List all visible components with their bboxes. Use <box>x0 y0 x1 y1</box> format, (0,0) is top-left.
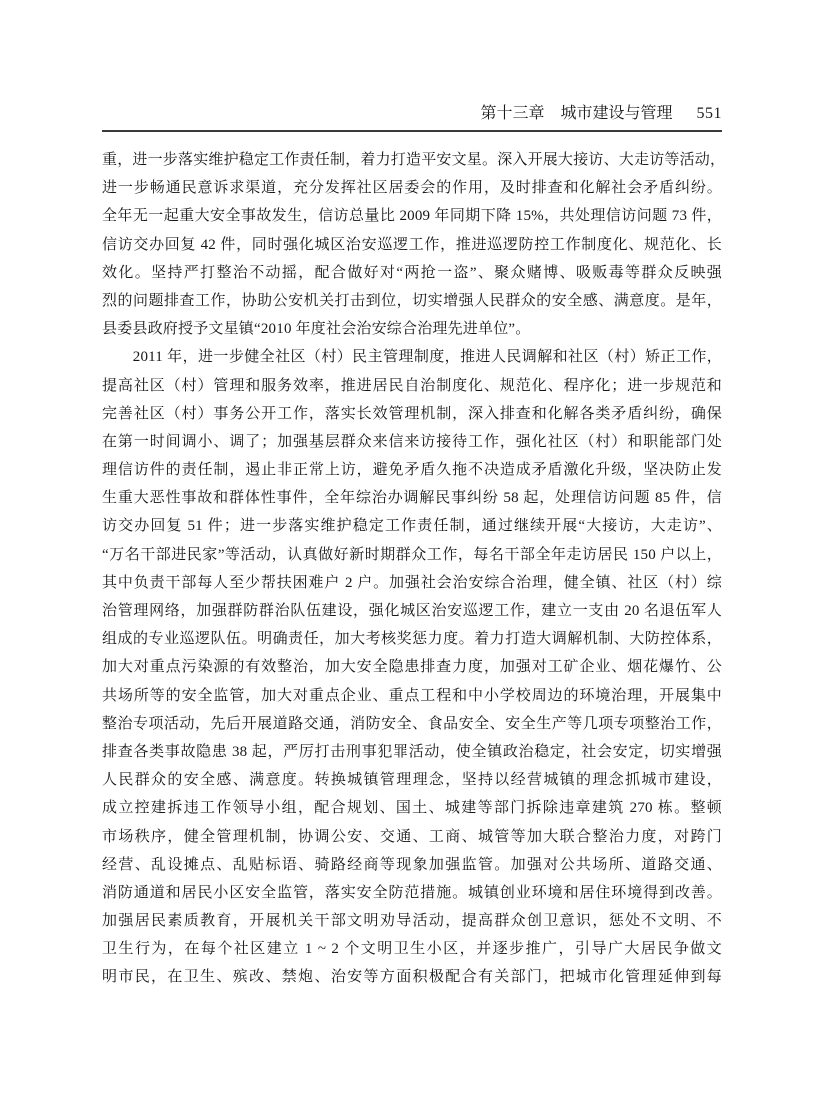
paragraph: 2011 年，进一步健全社区（村）民主管理制度，推进人民调解和社区（村）矫正工作… <box>102 343 722 991</box>
text-line: 卫生行为，在每个社区建立 1 ~ 2 个文明卫生小区，并逐步推广，引导广大居民争… <box>102 935 722 963</box>
text-line: 全年无一起重大安全事故发生，信访总量比 2009 年同期下降 15%，共处理信访… <box>102 202 722 230</box>
page-body: 重，进一步落实维护稳定工作责任制，着力打造平安文星。深入开展大接访、大走访等活动… <box>102 146 722 992</box>
text-line: 成立控建拆违工作领导小组，配合规划、国土、城建等部门拆除违章建筑 270 栋。整… <box>102 794 722 822</box>
text-line: 排查各类事故隐患 38 起，严厉打击刑事犯罪活动，使全镇政治稳定，社会安定，切实… <box>102 738 722 766</box>
book-page: 第十三章城市建设与管理551 重，进一步落实维护稳定工作责任制，着力打造平安文星… <box>0 0 816 1099</box>
text-line: 2011 年，进一步健全社区（村）民主管理制度，推进人民调解和社区（村）矫正工作… <box>102 343 722 371</box>
paragraph: 重，进一步落实维护稳定工作责任制，着力打造平安文星。深入开展大接访、大走访等活动… <box>102 146 722 343</box>
text-line: 整治专项活动，先后开展道路交通，消防安全、食品安全、安全生产等几项专项整治工作， <box>102 710 722 738</box>
text-line: 完善社区（村）事务公开工作，落实长效管理机制，深入排查和化解各类矛盾纠纷，确保 <box>102 400 722 428</box>
text-line: 消防通道和居民小区安全监管，落实安全防范措施。城镇创业环境和居住环境得到改善。 <box>102 879 722 907</box>
text-line: 治管理网络，加强群防群治队伍建设，强化城区治安巡逻工作，建立一支由 20 名退伍… <box>102 597 722 625</box>
text-line: 信访交办回复 42 件，同时强化城区治安巡逻工作，推进巡逻防控工作制度化、规范化… <box>102 231 722 259</box>
text-line: 经营、乱设摊点、乱贴标语、骑路经商等现象加强监管。加强对公共场所、道路交通、 <box>102 851 722 879</box>
text-line: 在第一时间调小、调了；加强基层群众来信来访接待工作，强化社区（村）和职能部门处 <box>102 428 722 456</box>
text-line: 其中负责干部每人至少帮扶困难户 2 户。加强社会治安综合治理，健全镇、社区（村）… <box>102 569 722 597</box>
text-line: 加强居民素质教育，开展机关干部文明劝导活动，提高群众创卫意识，惩处不文明、不 <box>102 907 722 935</box>
text-line: 组成的专业巡逻队伍。明确责任，加大考核奖惩力度。着力打造大调解机制、大防控体系， <box>102 625 722 653</box>
text-line: 县委县政府授予文星镇“2010 年度社会治安综合治理先进单位”。 <box>102 315 722 343</box>
text-line: 进一步畅通民意诉求渠道，充分发挥社区居委会的作用，及时排查和化解社会矛盾纠纷。 <box>102 174 722 202</box>
page-number: 551 <box>697 105 723 122</box>
text-line: 提高社区（村）管理和服务效率，推进居民自治制度化、规范化、程序化；进一步规范和 <box>102 372 722 400</box>
text-line: 人民群众的安全感、满意度。转换城镇管理理念，坚持以经营城镇的理念抓城市建设， <box>102 766 722 794</box>
text-line: 理信访件的责任制，遏止非正常上访，避免矛盾久拖不决造成矛盾激化升级，坚决防止发 <box>102 456 722 484</box>
text-line: 生重大恶性事故和群体性事件，全年综治办调解民事纠纷 58 起，处理信访问题 85… <box>102 484 722 512</box>
text-line: 重，进一步落实维护稳定工作责任制，着力打造平安文星。深入开展大接访、大走访等活动… <box>102 146 722 174</box>
chapter-number: 第十三章 <box>480 105 544 122</box>
text-line: “万名干部进民家”等活动，认真做好新时期群众工作，每名干部全年走访居民 150 … <box>102 541 722 569</box>
text-line: 共场所等的安全监管，加大对重点企业、重点工程和中小学校周边的环境治理，开展集中 <box>102 682 722 710</box>
text-line: 烈的问题排查工作，协助公安机关打击到位，切实增强人民群众的安全感、满意度。是年， <box>102 287 722 315</box>
chapter-title: 城市建设与管理 <box>560 105 672 122</box>
text-line: 加大对重点污染源的有效整治，加大安全隐患排查力度，加强对工矿企业、烟花爆竹、公 <box>102 653 722 681</box>
text-line: 访交办回复 51 件；进一步落实维护稳定工作责任制，通过继续开展“大接访，大走访… <box>102 512 722 540</box>
text-line: 效化。坚持严打整治不动摇，配合做好对“两抢一盗”、聚众赌博、吸贩毒等群众反映强 <box>102 259 722 287</box>
running-header: 第十三章城市建设与管理551 <box>102 102 722 132</box>
text-line: 明市民，在卫生、殡改、禁炮、治安等方面积极配合有关部门，把城市化管理延伸到每 <box>102 963 722 991</box>
text-line: 市场秩序，健全管理机制，协调公安、交通、工商、城管等加大联合整治力度，对跨门 <box>102 823 722 851</box>
